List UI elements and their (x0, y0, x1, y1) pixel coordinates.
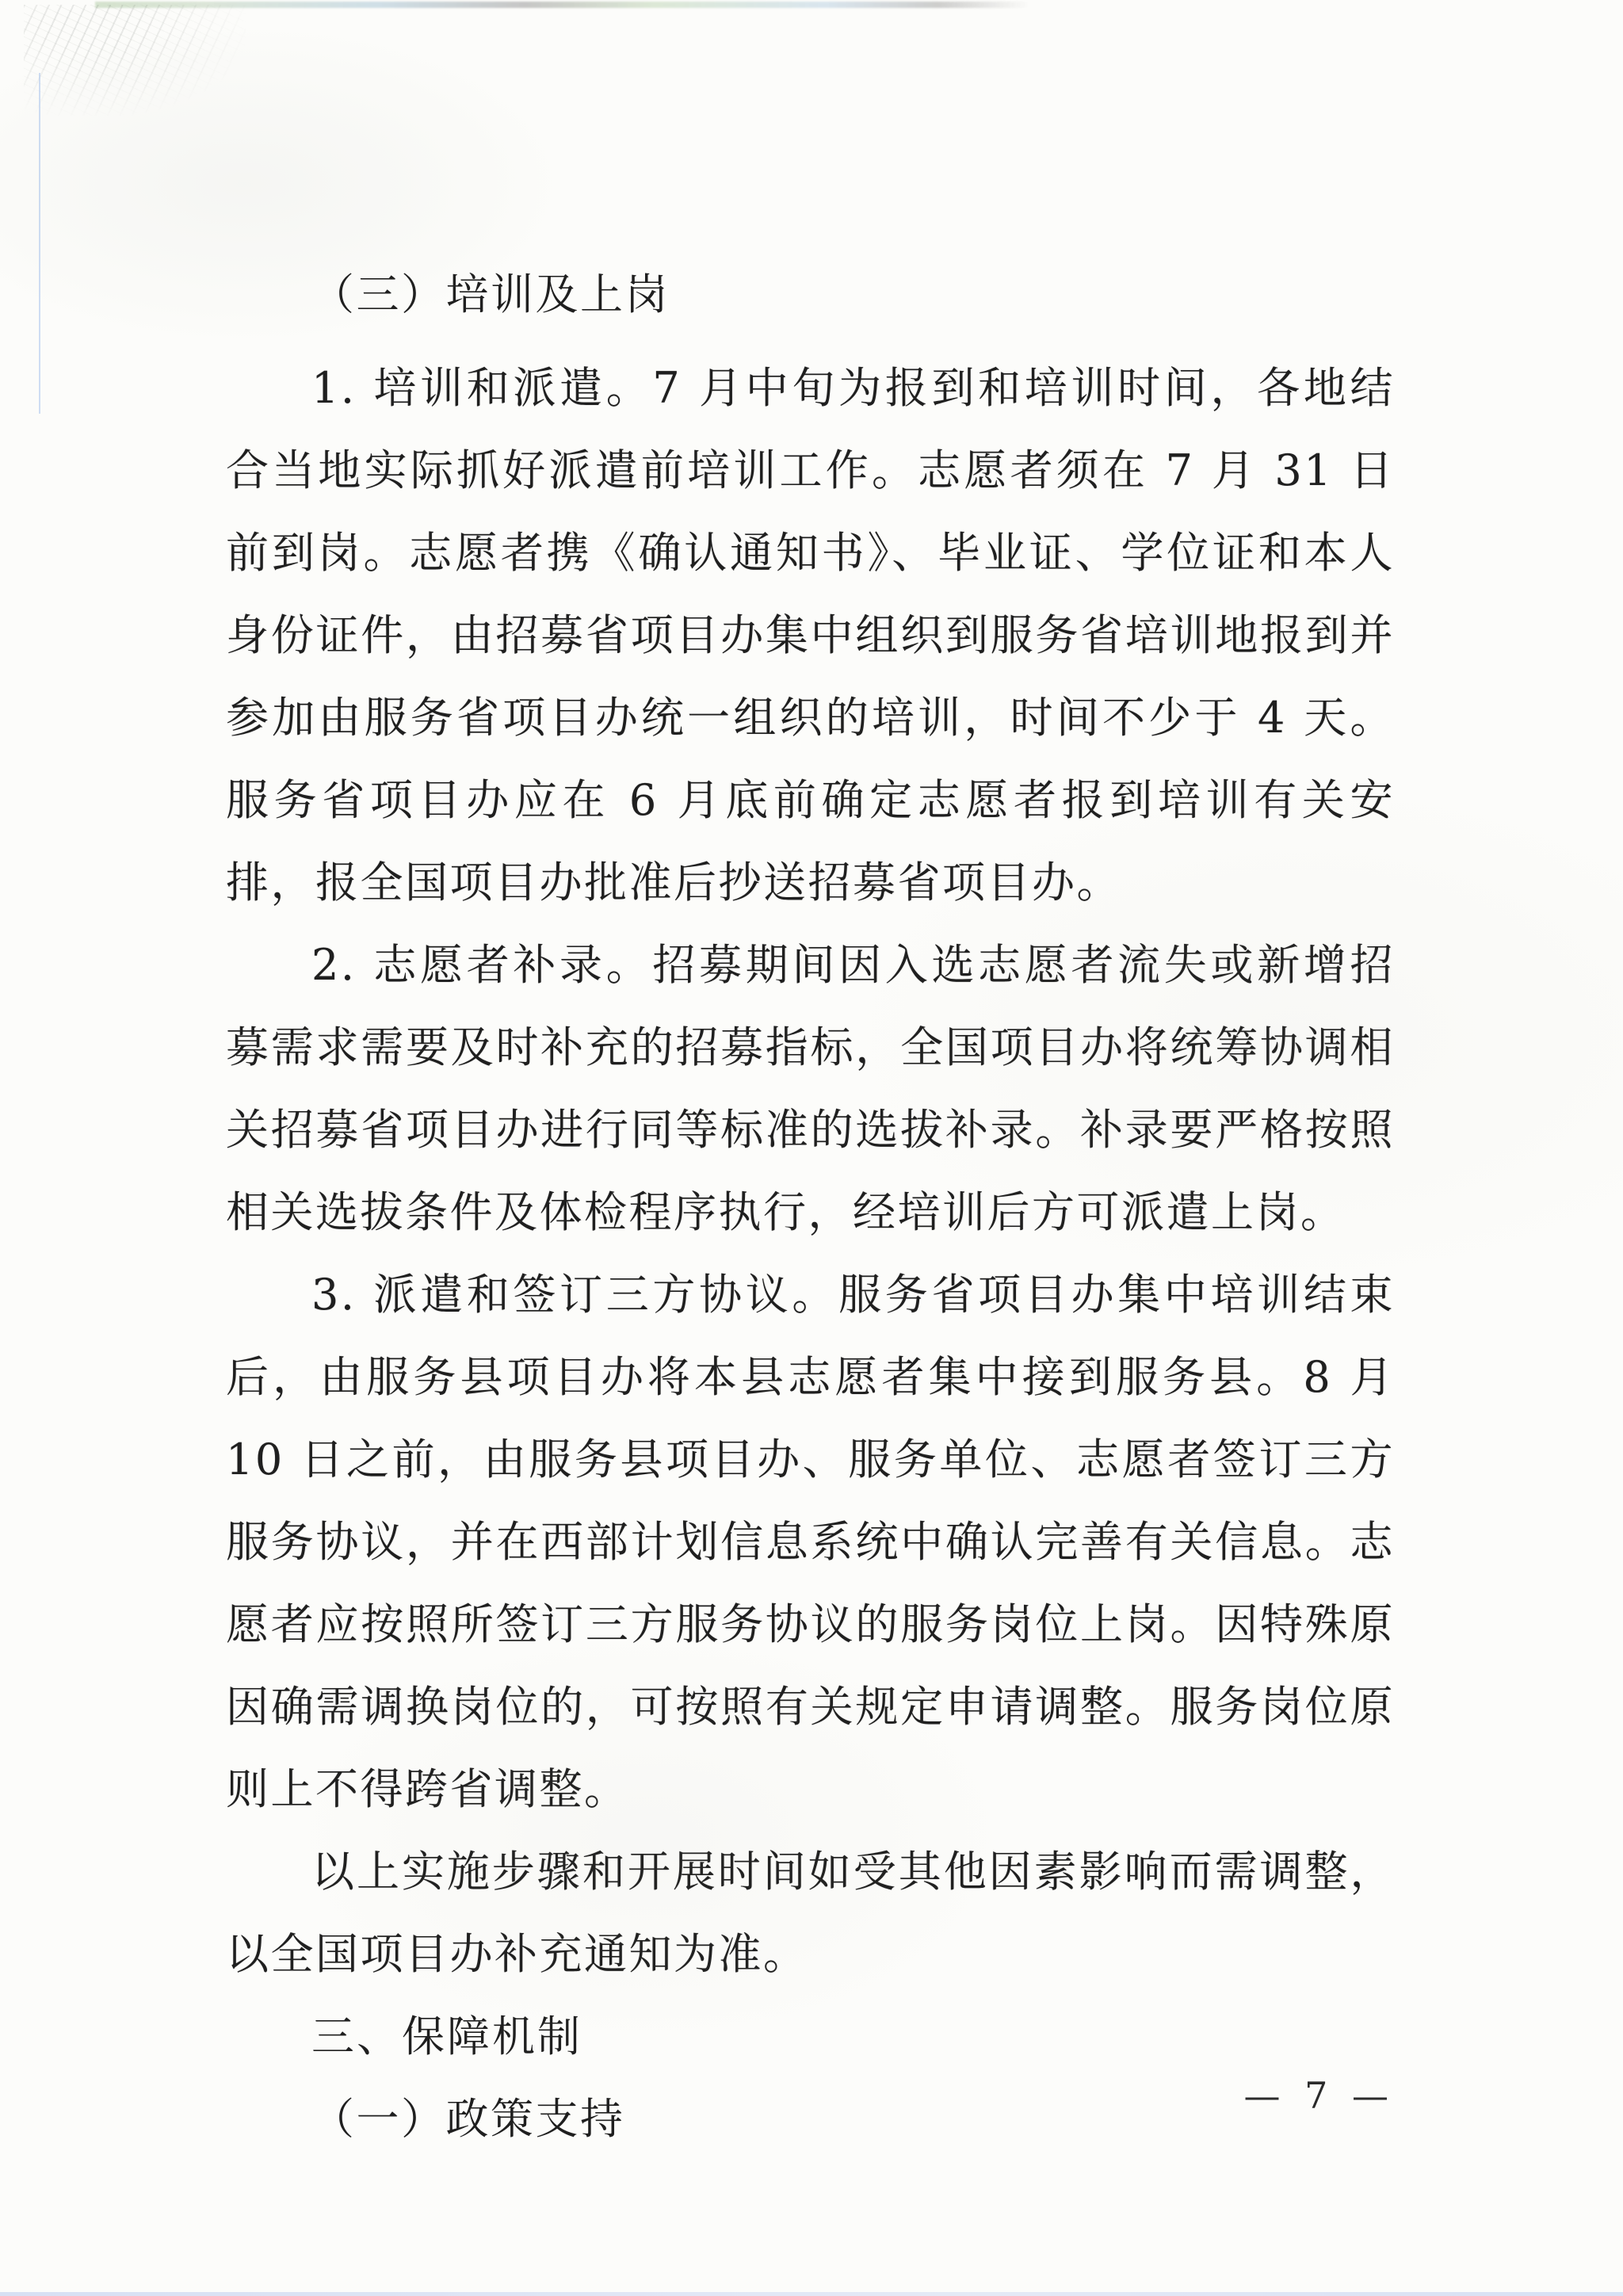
page-number: — 7 — (1243, 2070, 1395, 2121)
paragraph-adjustment-notice: 以上实施步骤和开展时间如受其他因素影响而需调整，以全国项目办补充通知为准。 (226, 1831, 1395, 1996)
scanned-document-page: （三）培训及上岗 1. 培训和派遣。7 月中旬为报到和培训时间，各地结合当地实际… (0, 0, 1623, 2296)
paragraph-training-and-dispatch: 1. 培训和派遣。7 月中旬为报到和培训时间，各地结合当地实际抓好派遣前培训工作… (226, 347, 1395, 924)
scan-artifact-left-line (39, 73, 40, 414)
chapter-heading-guarantee-mechanism: 三、保障机制 (226, 1996, 1395, 2078)
scan-artifact-speckles (24, 5, 246, 116)
paragraph-dispatch-and-tripartite-agreement: 3. 派遣和签订三方协议。服务省项目办集中培训结束后，由服务县项目办将本县志愿者… (226, 1254, 1395, 1831)
subsection-heading-policy-support: （一）政策支持 (226, 2078, 1395, 2160)
paragraph-volunteer-supplementary-recruitment: 2. 志愿者补录。招募期间因入选志愿者流失或新增招募需求需要及时补充的招募指标，… (226, 924, 1395, 1254)
section-heading-training-and-posting: （三）培训及上岗 (226, 254, 1395, 336)
page-content: （三）培训及上岗 1. 培训和派遣。7 月中旬为报到和培训时间，各地结合当地实际… (226, 254, 1395, 2160)
scan-artifact-bottom-edge (0, 2292, 1623, 2296)
